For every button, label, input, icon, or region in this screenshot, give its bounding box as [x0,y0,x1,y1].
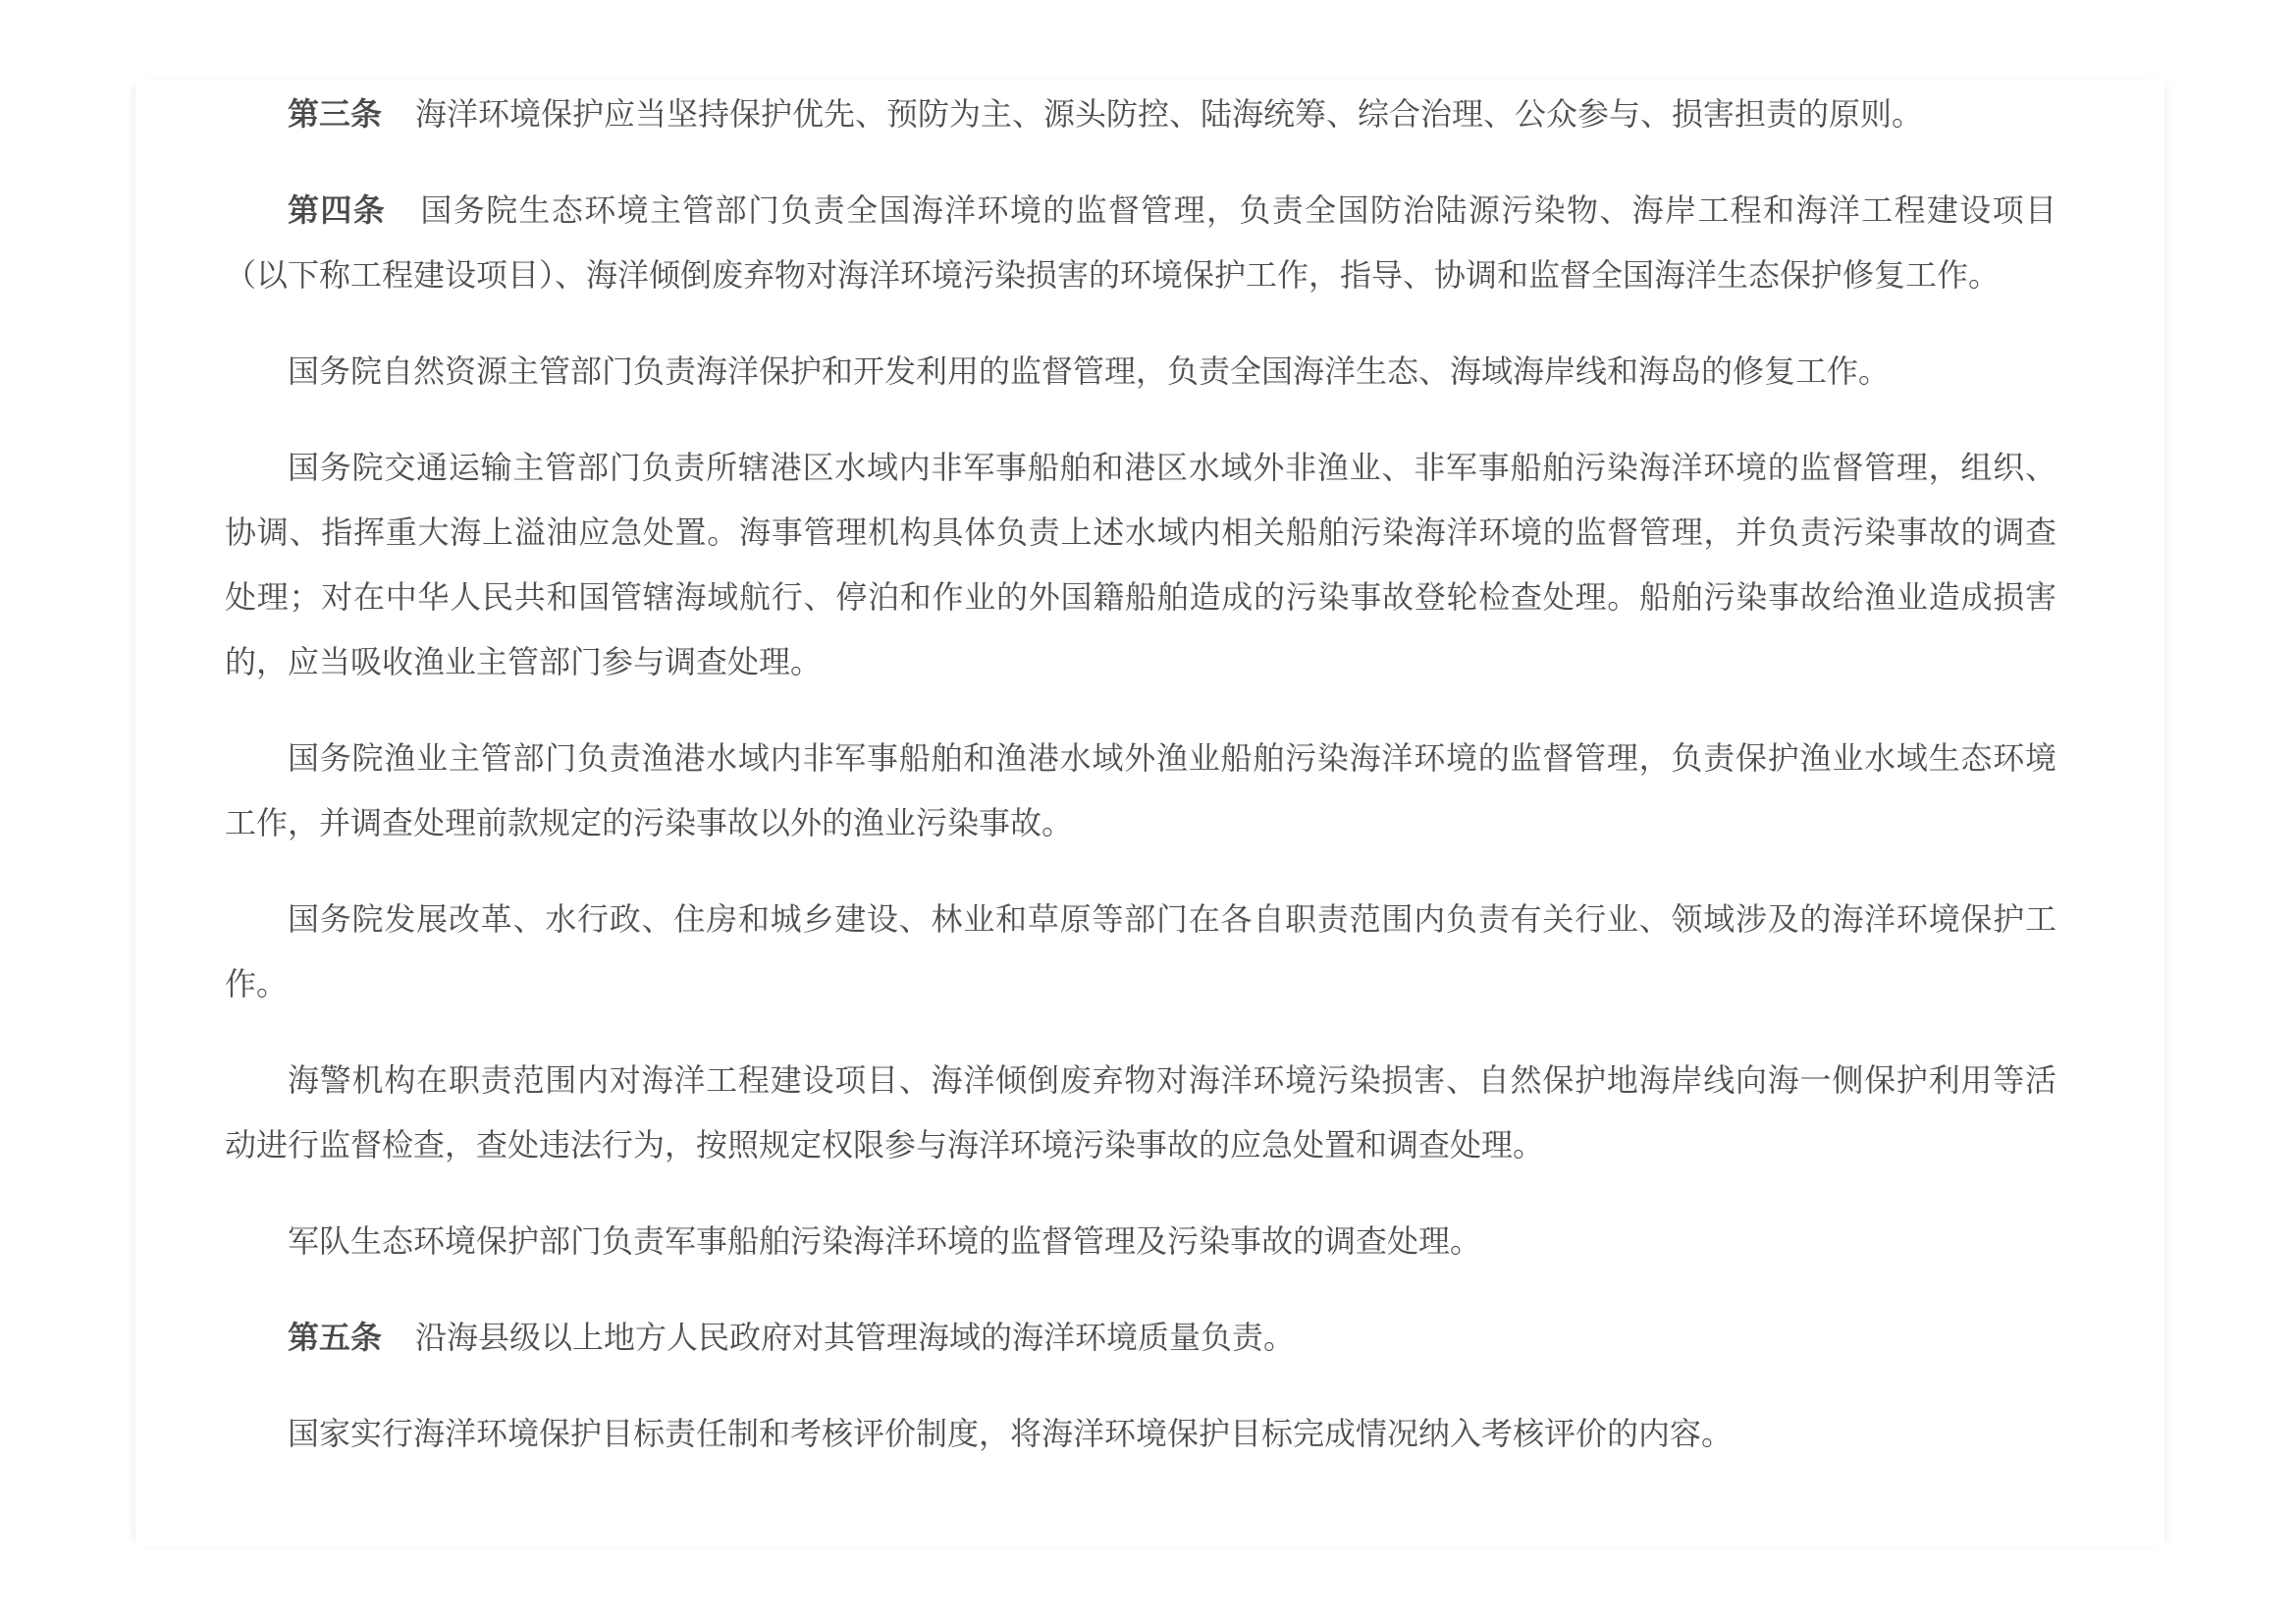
paragraph-line: 处理；对在中华人民共和国管辖海域航行、停泊和作业的外国籍船舶造成的污染事故登轮检… [225,565,2056,629]
paragraph-line: 工作，并调查处理前款规定的污染事故以外的渔业污染事故。 [225,790,2056,855]
article-4-paragraph: 第四条国务院生态环境主管部门负责全国海洋环境的监督管理，负责全国防治陆源污染物、… [225,178,2056,307]
paragraph-line: 协调、指挥重大海上溢油应急处置。海事管理机构具体负责上述水域内相关船舶污染海洋环… [225,500,2056,565]
military-paragraph: 军队生态环境保护部门负责军事船舶污染海洋环境的监督管理及污染事故的调查处理。 [225,1209,2056,1273]
paragraph-line: 第五条沿海县级以上地方人民政府对其管理海域的海洋环境质量负责。 [225,1305,2056,1370]
paragraph-line: （以下称工程建设项目）、海洋倾倒废弃物对海洋环境污染损害的环境保护工作，指导、协… [225,243,2056,307]
natural-resources-paragraph: 国务院自然资源主管部门负责海洋保护和开发利用的监督管理，负责全国海洋生态、海域海… [225,339,2056,404]
paragraph-text: 海洋环境保护应当坚持保护优先、预防为主、源头防控、陆海统筹、综合治理、公众参与、… [415,95,1923,133]
article-label: 第五条 [288,1319,382,1356]
paragraph-line: 国家实行海洋环境保护目标责任制和考核评价制度，将海洋环境保护目标完成情况纳入考核… [225,1401,2056,1466]
paragraph-line: 海警机构在职责范围内对海洋工程建设项目、海洋倾倒废弃物对海洋环境污染损害、自然保… [225,1048,2056,1112]
article-5-paragraph: 第五条沿海县级以上地方人民政府对其管理海域的海洋环境质量负责。 [225,1305,2056,1370]
other-departments-paragraph: 国务院发展改革、水行政、住房和城乡建设、林业和草原等部门在各自职责范围内负责有关… [225,887,2056,1016]
paragraph-line: 军队生态环境保护部门负责军事船舶污染海洋环境的监督管理及污染事故的调查处理。 [225,1209,2056,1273]
paragraph-text: 国务院生态环境主管部门负责全国海洋环境的监督管理，负责全国防治陆源污染物、海岸工… [419,191,2056,229]
paragraph-line: 国务院发展改革、水行政、住房和城乡建设、林业和草原等部门在各自职责范围内负责有关… [225,887,2056,951]
target-responsibility-paragraph: 国家实行海洋环境保护目标责任制和考核评价制度，将海洋环境保护目标完成情况纳入考核… [225,1401,2056,1466]
article-3-paragraph: 第三条海洋环境保护应当坚持保护优先、预防为主、源头防控、陆海统筹、综合治理、公众… [225,81,2056,146]
paragraph-line: 动进行监督检查，查处违法行为，按照规定权限参与海洋环境污染事故的应急处置和调查处… [225,1112,2056,1177]
paragraph-line: 第四条国务院生态环境主管部门负责全国海洋环境的监督管理，负责全国防治陆源污染物、… [225,178,2056,243]
document-page: 第三条海洋环境保护应当坚持保护优先、预防为主、源头防控、陆海统筹、综合治理、公众… [135,79,2164,1547]
paragraph-line: 国务院交通运输主管部门负责所辖港区水域内非军事船舶和港区水域外非渔业、非军事船舶… [225,435,2056,500]
paragraph-line: 第三条海洋环境保护应当坚持保护优先、预防为主、源头防控、陆海统筹、综合治理、公众… [225,81,2056,146]
paragraph-line: 国务院渔业主管部门负责渔港水域内非军事船舶和渔港水域外渔业船舶污染海洋环境的监督… [225,726,2056,790]
paragraph-line: 作。 [225,951,2056,1016]
paragraph-text: 沿海县级以上地方人民政府对其管理海域的海洋环境质量负责。 [415,1319,1295,1356]
article-label: 第四条 [288,191,386,229]
article-label: 第三条 [288,95,382,133]
document-body: 第三条海洋环境保护应当坚持保护优先、预防为主、源头防控、陆海统筹、综合治理、公众… [225,81,2056,1497]
coast-guard-paragraph: 海警机构在职责范围内对海洋工程建设项目、海洋倾倒废弃物对海洋环境污染损害、自然保… [225,1048,2056,1177]
transport-paragraph: 国务院交通运输主管部门负责所辖港区水域内非军事船舶和港区水域外非渔业、非军事船舶… [225,435,2056,694]
paragraph-line: 国务院自然资源主管部门负责海洋保护和开发利用的监督管理，负责全国海洋生态、海域海… [225,339,2056,404]
paragraph-line: 的，应当吸收渔业主管部门参与调查处理。 [225,629,2056,694]
fishery-paragraph: 国务院渔业主管部门负责渔港水域内非军事船舶和渔港水域外渔业船舶污染海洋环境的监督… [225,726,2056,855]
